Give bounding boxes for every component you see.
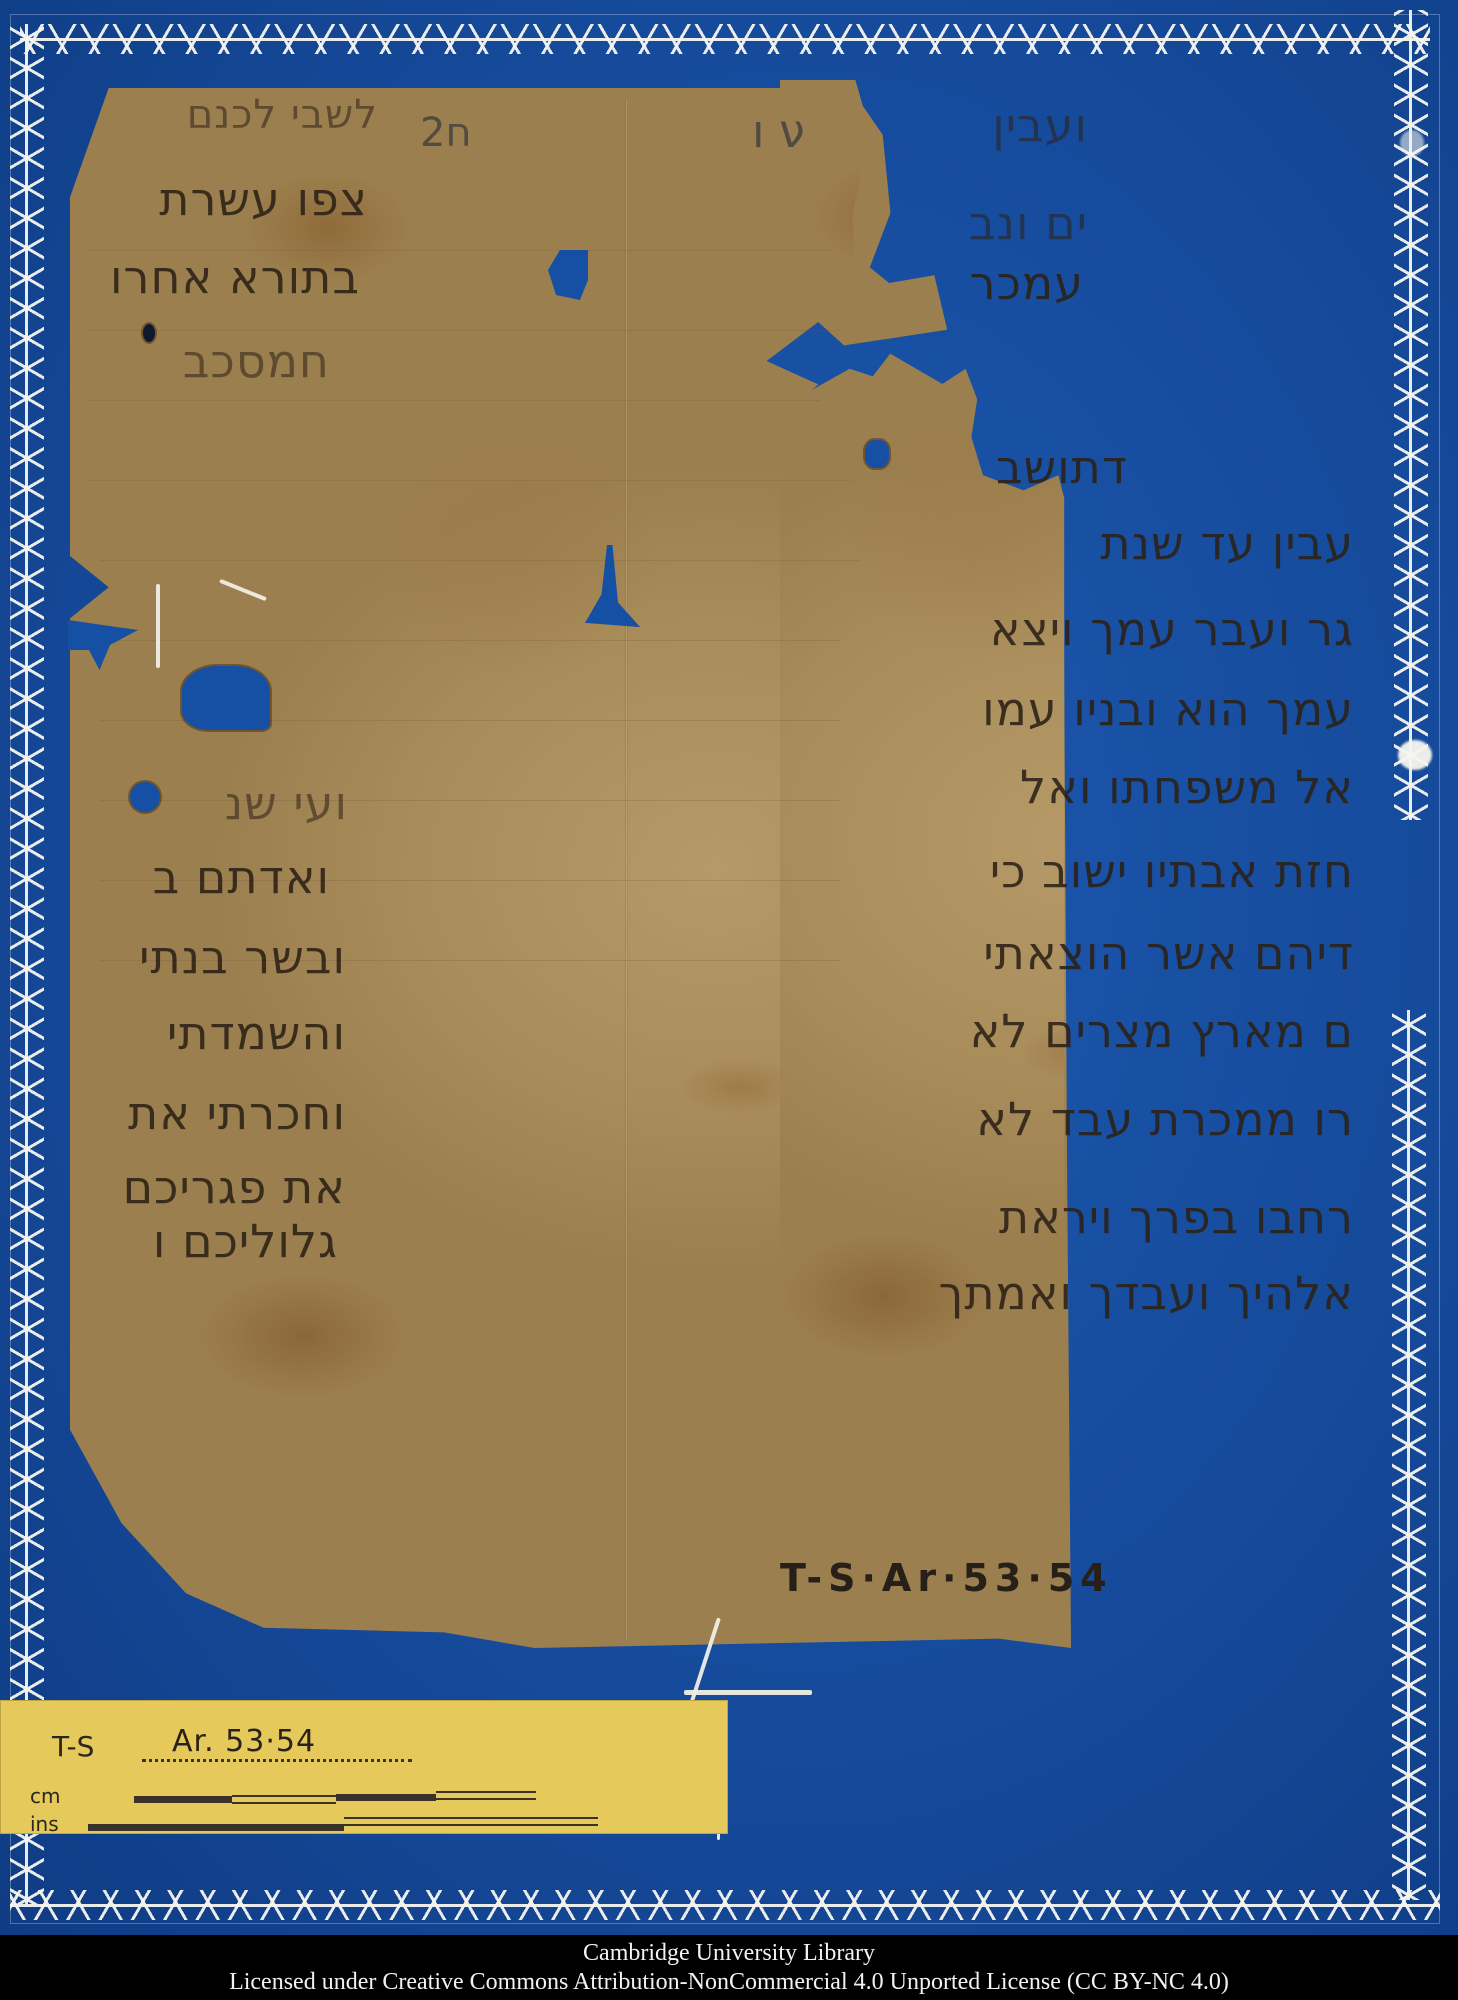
shelfmark-inscription: T-S·Ar·53·54: [780, 1556, 1113, 1600]
ruling-line: [90, 480, 850, 481]
label-shelfmark: Ar. 53·54: [172, 1724, 316, 1759]
text-line-right: עמכר: [970, 256, 1084, 310]
text-line-left: וחכרתי את: [128, 1086, 346, 1140]
text-line-left: גלוליכם ו: [153, 1214, 338, 1268]
scale-bar-ins-segment: [88, 1824, 344, 1831]
blue-mount-background: 2ח ו ν לשבי לכנם צפו עשרת בתורא אחרו חמס…: [0, 0, 1458, 1935]
license-footer: Cambridge University Library Licensed un…: [0, 1935, 1458, 2000]
pencil-mark: 2ח: [420, 110, 472, 156]
repair-thread: [156, 584, 160, 668]
text-line-left: ועי שנ: [225, 776, 348, 830]
scale-bar-ins-segment: [344, 1817, 598, 1826]
hole: [130, 782, 160, 812]
text-line-left: והשמדתי: [167, 1006, 346, 1060]
pencil-mark: ו ν: [752, 104, 805, 158]
text-line-right: אל משפחתו ואל: [1020, 760, 1354, 814]
hole: [865, 440, 889, 468]
label-collection-prefix: T-S: [52, 1730, 94, 1763]
hole: [143, 324, 155, 342]
text-line-left: לשבי לכנם: [187, 92, 378, 138]
stitching-top: [20, 24, 1430, 54]
text-line-left: ואדתם ב: [153, 850, 330, 904]
stitching-bottom: [10, 1890, 1440, 1920]
thread-knot: [1398, 740, 1432, 770]
text-line-right: גר ועבר עמך ויצא: [990, 602, 1354, 656]
text-line-right: ים ונב: [969, 196, 1088, 250]
scale-bar-cm-segment: [232, 1795, 336, 1804]
footer-license: Licensed under Creative Commons Attribut…: [0, 1967, 1458, 1997]
text-line-left: צפו עשרת: [159, 172, 368, 226]
scale-label-ins: ins: [30, 1812, 59, 1836]
text-line-left: חמסכב: [183, 334, 330, 388]
scale-bar-cm-segment: [436, 1791, 536, 1800]
stitching-left: [10, 24, 44, 1904]
text-line-right: עבין עד שנת: [1100, 516, 1354, 570]
shelfmark-label: T-S Ar. 53·54 cm ins: [0, 1700, 728, 1834]
text-line-right: ם מארץ מצרים לא: [970, 1004, 1354, 1058]
text-line-right: דתושב: [996, 440, 1128, 494]
text-line-right: דיהם אשר הוצאתי: [983, 926, 1354, 980]
text-line-left: את פגריכם: [123, 1160, 346, 1214]
ruling-line: [100, 560, 860, 561]
vertical-fold-line: [625, 100, 628, 1640]
ruling-line: [90, 400, 820, 401]
text-line-right: אלהיך ועבדך ואמתך: [939, 1266, 1354, 1320]
mounting-thread: [684, 1690, 812, 1695]
stitching-right-lower: [1392, 1010, 1426, 1900]
text-line-left: בתורא אחרו: [110, 250, 360, 304]
ruling-line: [90, 330, 840, 331]
footer-institution: Cambridge University Library: [0, 1935, 1458, 1967]
text-line-right: חזת אבתיו ישוב כי: [990, 844, 1354, 898]
scale-label-cm: cm: [30, 1784, 60, 1808]
hole: [182, 666, 270, 730]
ruling-line: [100, 800, 840, 801]
scale-bar-cm-segment: [336, 1794, 436, 1801]
thread-knot: [1400, 130, 1424, 156]
text-line-right: ועבין: [992, 98, 1088, 152]
text-line-right: רחבו בפרך ויראת: [999, 1190, 1354, 1244]
text-line-right: רו ממכרת עבד לא: [976, 1092, 1354, 1146]
scale-bar-cm-segment: [134, 1796, 232, 1803]
text-line-left: ובשר בנתי: [139, 930, 346, 984]
text-line-right: עמך הוא ובניו עמו: [982, 682, 1354, 736]
ruling-line: [100, 640, 840, 641]
